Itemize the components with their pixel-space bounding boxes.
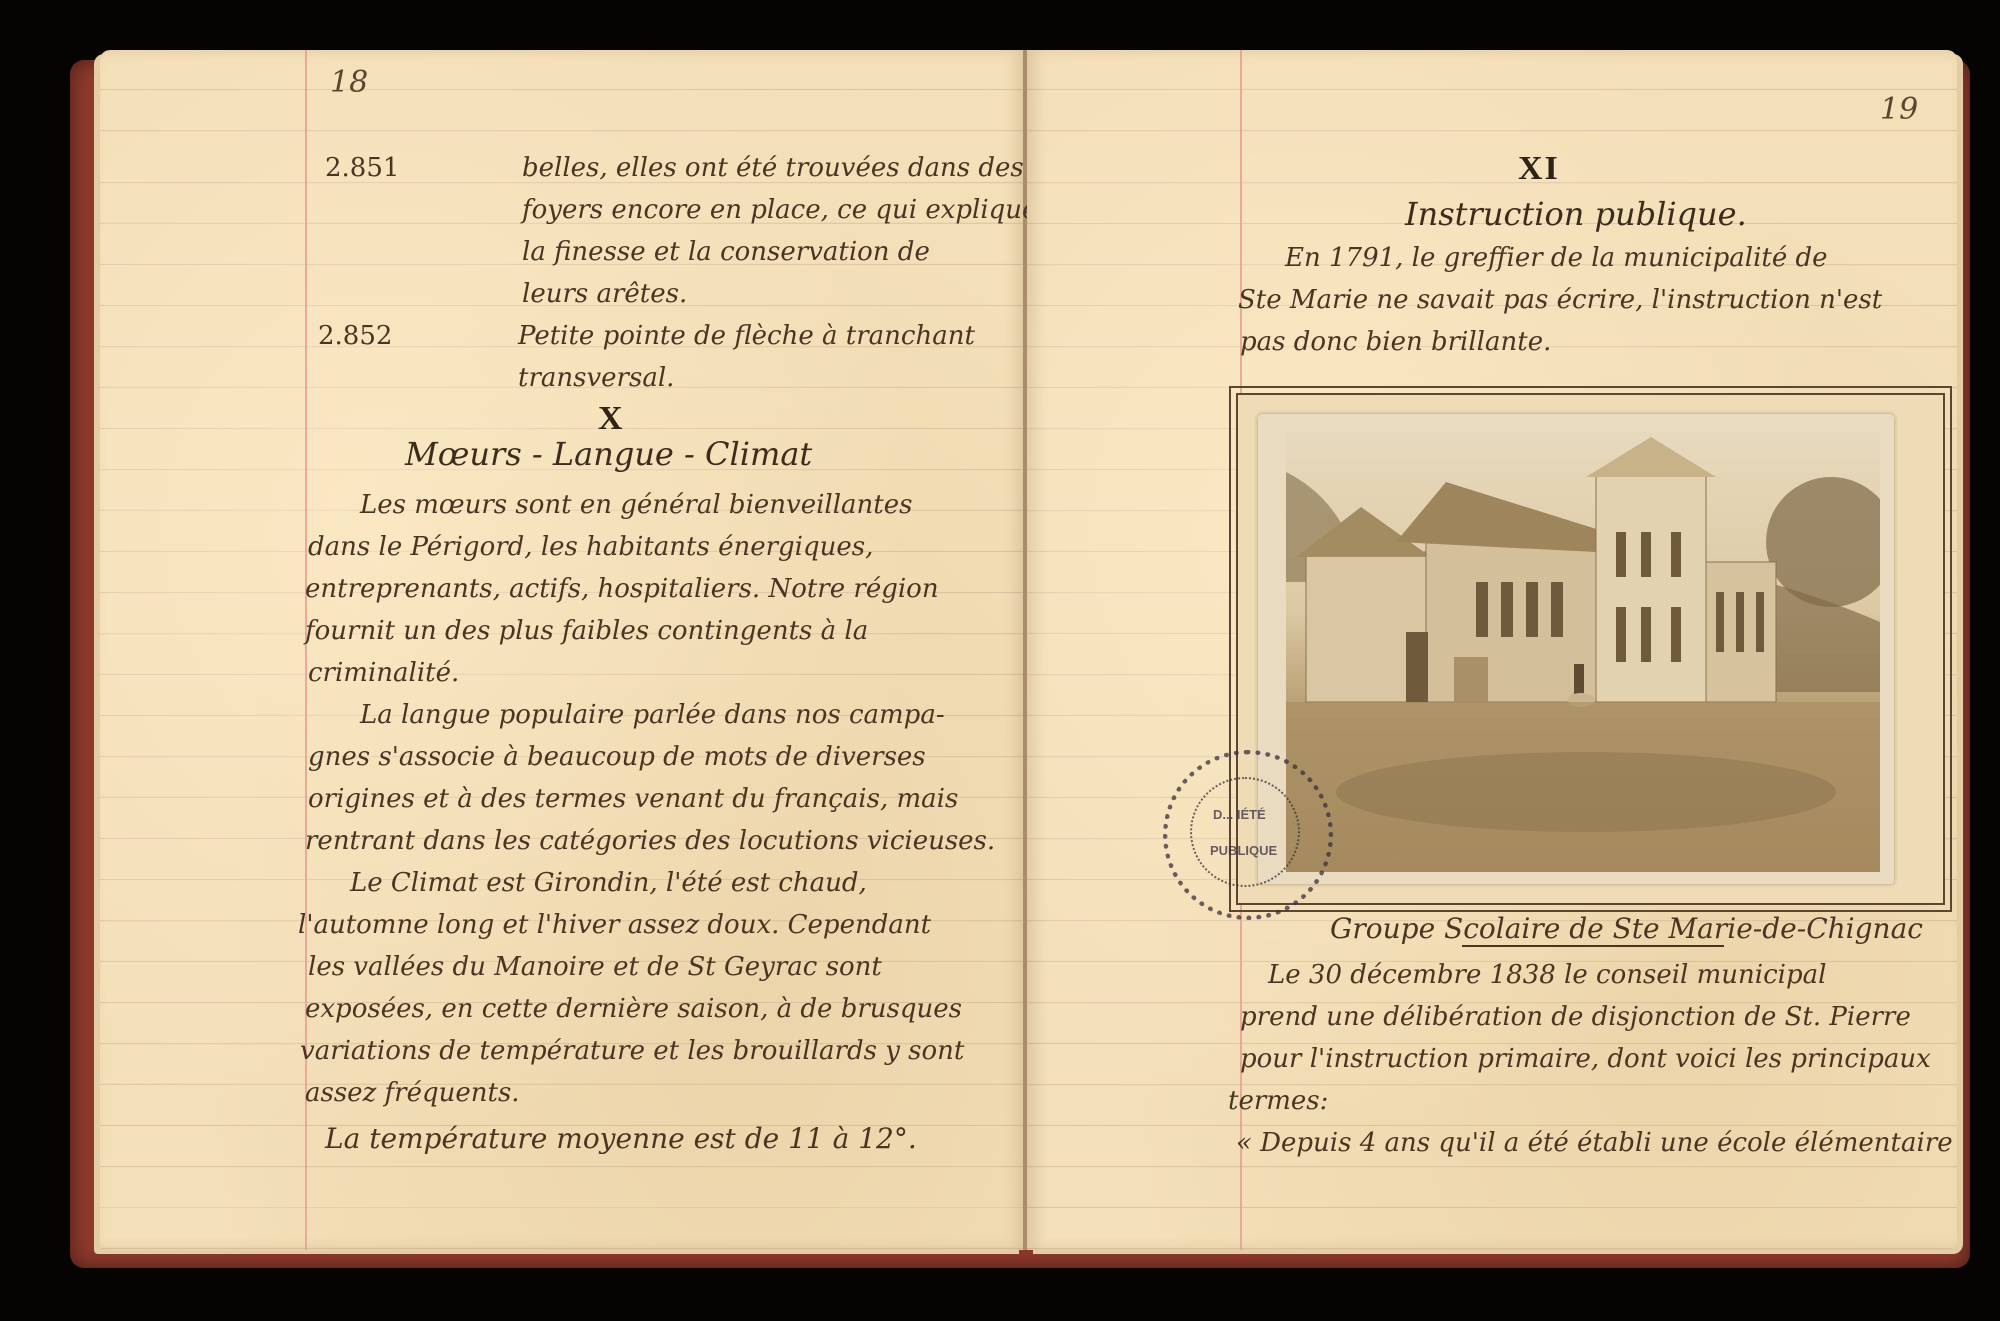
intro-line: En 1791, le greffier de la municipalité … (1285, 238, 1828, 279)
entry-number: 2.851 (325, 148, 399, 189)
body-line: termes: (1228, 1081, 1328, 1122)
section-numeral: XI (1518, 150, 1560, 188)
paragraph-line: La langue populaire parlée dans nos camp… (360, 695, 945, 736)
paragraph-line: criminalité. (308, 653, 459, 694)
entry-line: Petite pointe de flèche à tranchant (518, 316, 975, 357)
archive-stamp: D... IÉTÉ PUBLIQUE (1163, 750, 1333, 920)
paragraph-line: origines et à des termes venant du franç… (308, 779, 958, 820)
school-building-icon (1286, 432, 1880, 872)
stamp-inner-line: D... IÉTÉ (1213, 807, 1266, 822)
entry-line: foyers encore en place, ce qui explique (522, 190, 1037, 231)
page-number-right: 19 (1880, 92, 1918, 127)
stamp-inner-line: PUBLIQUE (1210, 843, 1277, 858)
section-title: Mœurs - Langue - Climat (405, 435, 812, 473)
entry-line: transversal. (518, 358, 674, 399)
body-line: Le 30 décembre 1838 le conseil municipal (1268, 955, 1826, 996)
caption-underline (1462, 945, 1724, 947)
paragraph-line: La température moyenne est de 11 à 12°. (325, 1118, 917, 1159)
paragraph-line: l'automne long et l'hiver assez doux. Ce… (298, 905, 931, 946)
intro-line: Ste Marie ne savait pas écrire, l'instru… (1238, 280, 1882, 321)
school-photograph (1286, 432, 1880, 872)
paragraph-line: variations de température et les brouill… (300, 1031, 964, 1072)
section-title: Instruction publique. (1405, 195, 1747, 233)
paragraph-line: fournit un des plus faibles contingents … (305, 611, 868, 652)
paragraph-line: les vallées du Manoire et de St Geyrac s… (308, 947, 882, 988)
page-number-left: 18 (330, 65, 368, 100)
body-line: pour l'instruction primaire, dont voici … (1240, 1039, 1931, 1080)
paragraph-line: assez fréquents. (305, 1073, 520, 1114)
body-line: prend une délibération de disjonction de… (1240, 997, 1911, 1038)
paragraph-line: exposées, en cette dernière saison, à de… (305, 989, 962, 1030)
paragraph-line: entreprenants, actifs, hospitaliers. Not… (305, 569, 939, 610)
entry-line: belles, elles ont été trouvées dans des (522, 148, 1024, 189)
photo-caption: Groupe Scolaire de Ste Marie-de-Chignac (1330, 908, 1923, 949)
paragraph-line: dans le Périgord, les habitants énergiqu… (308, 527, 873, 568)
paragraph-line: gnes s'associe à beaucoup de mots de div… (308, 737, 926, 778)
paragraph-line: rentrant dans les catégories des locutio… (305, 821, 995, 862)
entry-number: 2.852 (318, 316, 392, 357)
intro-line: pas donc bien brillante. (1240, 322, 1551, 363)
paragraph-line: Le Climat est Girondin, l'été est chaud, (350, 863, 867, 904)
entry-line: la finesse et la conservation de (522, 232, 930, 273)
entry-line: leurs arêtes. (522, 274, 687, 315)
section-numeral: X (598, 400, 625, 438)
body-line: « Depuis 4 ans qu'il a été établi une éc… (1236, 1123, 1953, 1164)
paragraph-line: Les mœurs sont en général bienveillantes (360, 485, 912, 526)
